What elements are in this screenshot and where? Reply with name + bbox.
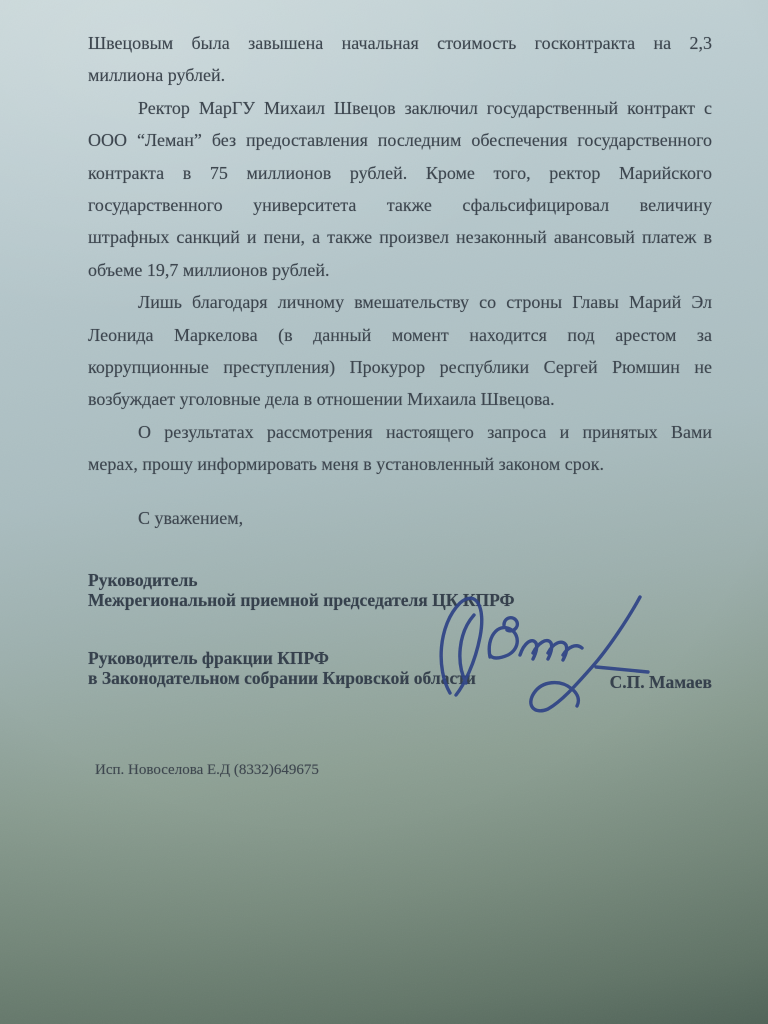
document-photo: Швецовым была завышена начальная стоимос… bbox=[0, 0, 768, 1024]
closing-salutation: С уважением, bbox=[88, 502, 712, 534]
body-line: коррупционные преступления) Прокурор рес… bbox=[88, 351, 712, 383]
signer-title-line: Межрегиональной приемной председателя ЦК… bbox=[88, 590, 712, 610]
body-line: Леонида Маркелова (в данный момент наход… bbox=[88, 319, 712, 351]
letter-body: Швецовым была завышена начальная стоимос… bbox=[88, 27, 712, 534]
body-line: Лишь благодаря личному вмешательству со … bbox=[88, 286, 712, 318]
body-line: Ректор МарГУ Михаил Швецов заключил госу… bbox=[88, 92, 712, 124]
signer-title-line: Руководитель фракции КПРФ bbox=[88, 648, 476, 668]
paragraph: О результатах рассмотрения настоящего за… bbox=[88, 416, 712, 481]
body-line: объеме 19,7 миллионов рублей. bbox=[88, 254, 712, 286]
paragraph: Лишь благодаря личному вмешательству со … bbox=[88, 286, 712, 416]
signer-title-line: в Законодательном собрании Кировской обл… bbox=[88, 668, 476, 688]
body-line: Швецовым была завышена начальная стоимос… bbox=[88, 27, 712, 59]
body-line: ООО “Леман” без предоставления последним… bbox=[88, 124, 712, 156]
signer-title: Руководитель фракции КПРФ в Законодатель… bbox=[88, 648, 476, 688]
body-line: О результатах рассмотрения настоящего за… bbox=[88, 416, 712, 448]
paragraph: Швецовым была завышена начальная стоимос… bbox=[88, 27, 712, 92]
paragraph: Ректор МарГУ Михаил Швецов заключил госу… bbox=[88, 92, 712, 286]
signature-row: Руководитель фракции КПРФ в Законодатель… bbox=[88, 648, 712, 688]
body-line: мерах, прошу информировать меня в устано… bbox=[88, 448, 712, 480]
executor-note: Исп. Новоселова Е.Д (8332)649675 bbox=[95, 762, 319, 779]
body-line: контракта в 75 миллионов рублей. Кроме т… bbox=[88, 157, 712, 189]
body-line: возбуждает уголовные дела в отношении Ми… bbox=[88, 383, 712, 415]
signature-block: Руководитель Межрегиональной приемной пр… bbox=[88, 570, 712, 688]
signer-name: С.П. Мамаев bbox=[610, 672, 712, 692]
signer-title-line: Руководитель bbox=[88, 570, 712, 590]
body-line: миллиона рублей. bbox=[88, 59, 712, 91]
body-line: штрафных санкций и пени, а также произве… bbox=[88, 221, 712, 253]
body-line: государственного университета также сфал… bbox=[88, 189, 712, 221]
